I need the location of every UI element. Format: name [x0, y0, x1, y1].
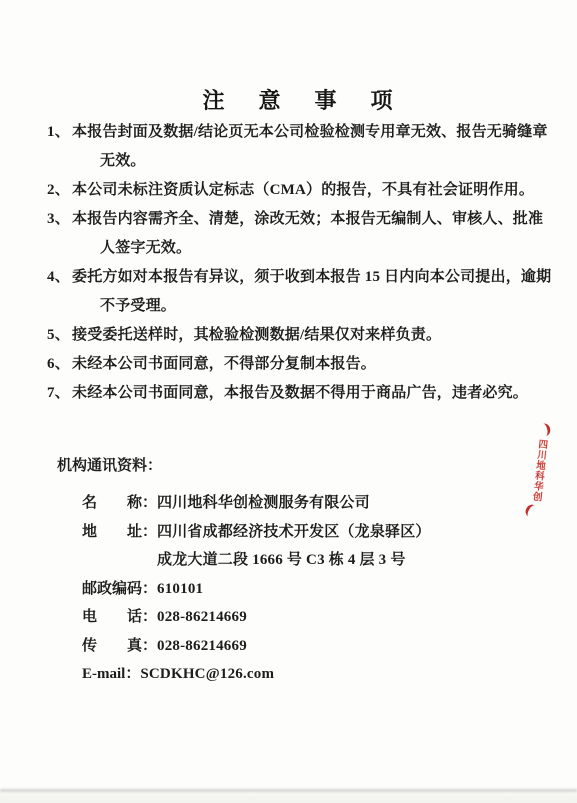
contact-row-email: E-mail：SCDKHC@126.com: [57, 660, 527, 689]
contact-label: E-mail：: [82, 666, 140, 682]
contact-row-postcode: 邮政编码：610101: [57, 575, 527, 604]
contact-value: 028-86214669: [157, 609, 247, 625]
contact-label: 名 称：: [82, 495, 157, 511]
seal-text: 四川地科华创: [529, 439, 547, 503]
note-line: 2、本公司未标注资质认定标志（CMA）的报告，不具有社会证明作用。: [47, 176, 547, 205]
contact-label: 邮政编码：: [82, 581, 157, 597]
contact-row-address-line2: 成龙大道二段 1666 号 C3 栋 4 层 3 号: [57, 546, 527, 575]
page-title: 注 意 事 项: [12, 84, 577, 115]
contact-row-fax: 传 真：028-86214669: [57, 632, 527, 661]
note-text: 接受委托送样时，其检验检测数据/结果仅对来样负责。: [72, 327, 441, 343]
contact-value: 成龙大道二段 1666 号 C3 栋 4 层 3 号: [157, 552, 406, 568]
note-line-continuation: 无效。: [47, 147, 547, 176]
note-line: 3、本报告内容需齐全、清楚，涂改无效；本报告无编制人、审核人、批准: [47, 205, 547, 234]
note-text: 未经本公司书面同意，不得部分复制本报告。: [72, 356, 376, 372]
contact-label: 地 址：: [82, 524, 157, 540]
note-text: 人签字无效。: [100, 240, 191, 256]
note-line-continuation: 人签字无效。: [47, 234, 547, 263]
note-line: 6、未经本公司书面同意，不得部分复制本报告。: [47, 350, 547, 379]
contact-row-address: 地 址：四川省成都经济技术开发区（龙泉驿区）: [57, 518, 527, 547]
scan-edge-line: [0, 789, 577, 792]
contact-value: 028-86214669: [157, 638, 247, 654]
note-number: 2、: [47, 176, 72, 205]
note-number: 1、: [47, 118, 72, 147]
note-number: 7、: [47, 379, 72, 408]
contact-value: 四川地科华创检测服务有限公司: [157, 495, 370, 511]
note-text: 委托方如对本报告有异议，须于收到本报告 15 日内向本公司提出，逾期: [72, 269, 551, 285]
note-line: 7、未经本公司书面同意，本报告及数据不得用于商品广告，违者必究。: [47, 379, 547, 408]
note-number: 5、: [47, 321, 72, 350]
note-line: 4、委托方如对本报告有异议，须于收到本报告 15 日内向本公司提出，逾期: [47, 263, 547, 292]
contact-row-phone: 电 话：028-86214669: [57, 603, 527, 632]
red-seam-seal-fragment: 四川地科华创: [523, 422, 553, 519]
contact-info-block: 机构通讯资料： 名 称：四川地科华创检测服务有限公司 地 址：四川省成都经济技术…: [57, 452, 527, 689]
contact-label: 电 话：: [82, 609, 157, 625]
note-line: 1、本报告封面及数据/结论页无本公司检验检测专用章无效、报告无骑缝章: [47, 118, 547, 147]
note-text: 本报告封面及数据/结论页无本公司检验检测专用章无效、报告无骑缝章: [72, 124, 548, 140]
note-number: 4、: [47, 263, 72, 292]
notes-list: 1、本报告封面及数据/结论页无本公司检验检测专用章无效、报告无骑缝章 无效。 2…: [47, 118, 547, 408]
contact-label: 传 真：: [82, 638, 157, 654]
note-text: 本公司未标注资质认定标志（CMA）的报告，不具有社会证明作用。: [72, 182, 534, 198]
note-text: 无效。: [100, 153, 146, 169]
note-text: 不予受理。: [100, 298, 176, 314]
scan-edge-artifact: [0, 786, 577, 803]
note-line: 5、接受委托送样时，其检验检测数据/结果仅对来样负责。: [47, 321, 547, 350]
note-number: 6、: [47, 350, 72, 379]
contact-value: 四川省成都经济技术开发区（龙泉驿区）: [157, 524, 431, 540]
note-line-continuation: 不予受理。: [47, 292, 547, 321]
contact-heading: 机构通讯资料：: [57, 452, 527, 481]
note-text: 未经本公司书面同意，本报告及数据不得用于商品广告，违者必究。: [72, 385, 528, 401]
contact-value: 610101: [157, 581, 203, 597]
seal-arc-icon: [537, 422, 551, 437]
note-number: 3、: [47, 205, 72, 234]
note-text: 本报告内容需齐全、清楚，涂改无效；本报告无编制人、审核人、批准: [72, 211, 543, 227]
contact-rows: 名 称：四川地科华创检测服务有限公司 地 址：四川省成都经济技术开发区（龙泉驿区…: [57, 489, 527, 689]
notice-document-page: 注 意 事 项 1、本报告封面及数据/结论页无本公司检验检测专用章无效、报告无骑…: [0, 0, 577, 803]
contact-value: SCDKHC@126.com: [140, 666, 274, 682]
contact-row-name: 名 称：四川地科华创检测服务有限公司: [57, 489, 527, 518]
